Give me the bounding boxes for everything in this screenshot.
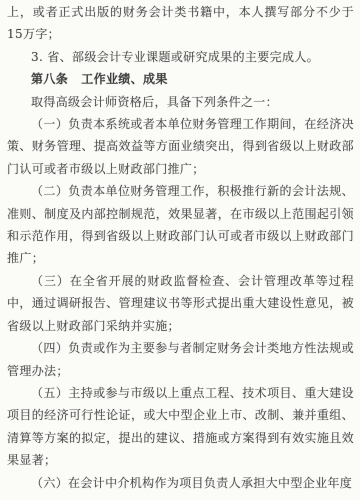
article-title: 工作业绩、成果 <box>81 72 167 86</box>
article-8-heading: 第八条工作业绩、成果 <box>7 68 354 90</box>
list-item-3: 3. 省、部级会计专业课题或研究成果的主要完成人。 <box>7 46 354 68</box>
clause-2: （二）负责本单位财务管理工作，积极推行新的会计法规、准则、制度及内部控制规范，效… <box>7 180 354 270</box>
paragraph-continuation: 上，或者正式出版的财务会计类书籍中，本人撰写部分不少于15万字； <box>7 1 354 46</box>
paragraph-intro: 取得高级会计师资格后，具备下列条件之一： <box>7 91 354 113</box>
scanned-document-page: 上，或者正式出版的财务会计类书籍中，本人撰写部分不少于15万字； 3. 省、部级… <box>0 0 360 500</box>
article-number: 第八条 <box>31 72 68 86</box>
clause-6: （六）在会计中介机构作为项目负责人承担大中型企业年度 <box>7 472 354 494</box>
clause-5: （五）主持或参与市级以上重点工程、技术项目、重大建设项目的经济可行性论证，或大中… <box>7 382 354 472</box>
clause-4: （四）负责或作为主要参与者制定财务会计类地方性法规或管理办法； <box>7 337 354 382</box>
clause-3: （三）在全省开展的财政监督检查、会计管理改革等过程中，通过调研报告、管理建议书等… <box>7 270 354 337</box>
clause-1: （一）负责本系统或者本单位财务管理工作期间，在经济决策、财务管理、提高效益等方面… <box>7 113 354 180</box>
